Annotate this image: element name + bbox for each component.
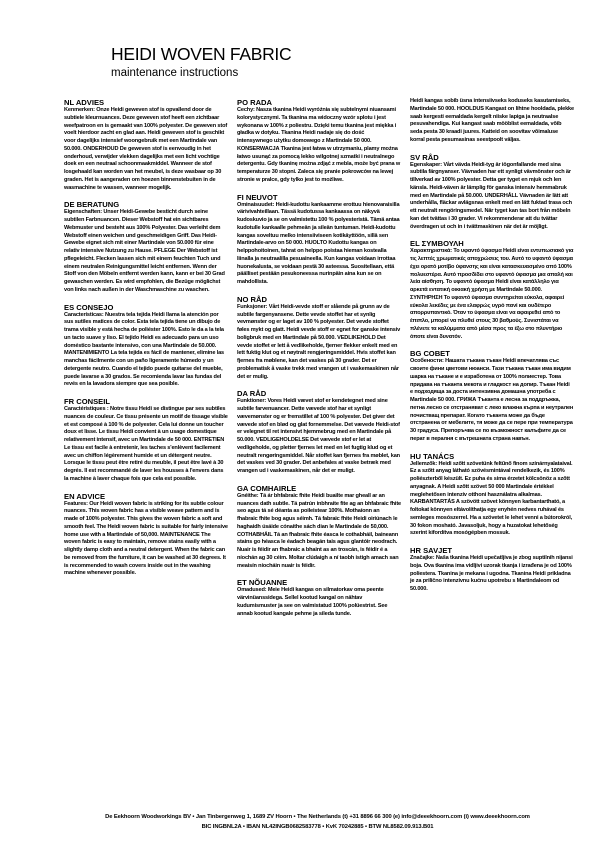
section-heading: FR CONSEIL: [64, 397, 228, 406]
section-body: Eigenschaften: Unser Heidi-Gewebe bestic…: [64, 209, 228, 294]
section-heading: SV RÅD: [410, 153, 574, 162]
section-heading: GA COMHAIRLE: [237, 484, 401, 493]
section-body: Funktioner: Vores Heidi vævet stof er ke…: [237, 398, 401, 476]
company-footer: De Eekhoorn Woodworkings BV • Jan Tinber…: [0, 812, 595, 832]
section-heading: PO RADA: [237, 98, 401, 107]
section-heading: HU TANÁCS: [410, 452, 574, 461]
section-body: Heidi kangas sobib üsna intensiivseks ko…: [410, 98, 574, 145]
section-body: Χαρακτηριστικά: Το υφαντό ύφασμα Heidi ε…: [410, 248, 574, 341]
section-fi: FI NEUVOT Ominaisuudet: Heidi-kudottu ka…: [237, 193, 401, 287]
section-heading: BG СОВЕТ: [410, 349, 574, 358]
section-body: Značajke: Naša tkanina Heidi upečatljiva…: [410, 555, 574, 594]
section-heading: NO RÅD: [237, 295, 401, 304]
section-de: DE BERATUNG Eigenschaften: Unser Heidi-G…: [64, 200, 228, 294]
column-2: PO RADA Cechy: Nasza tkanina Heidi wyróż…: [237, 98, 401, 626]
section-heading: DA RÅD: [237, 389, 401, 398]
section-et-continued: Heidi kangas sobib üsna intensiivseks ko…: [410, 98, 574, 145]
column-3: Heidi kangas sobib üsna intensiivseks ko…: [410, 98, 574, 626]
section-body: Особености: Нашата тъкана тъкан Heidi вп…: [410, 358, 574, 443]
section-body: Omadused: Meie Heidi kangas on silmatork…: [237, 587, 401, 618]
footer-bank-line: BIC INGBNL2A • IBAN NL42INGB0682583778 •…: [0, 822, 595, 832]
section-da: DA RÅD Funktioner: Vores Heidi vævet sto…: [237, 389, 401, 476]
section-body: Kenmerken: Onze Heidi geweven stof is op…: [64, 107, 228, 192]
document-title: HEIDI WOVEN FABRIC: [111, 44, 291, 64]
section-hu: HU TANÁCS Jellemzők: Heidi szőtt szövetü…: [410, 452, 574, 539]
section-heading: FI NEUVOT: [237, 193, 401, 202]
section-body: Caractéristiques : Notre tissu Heidi se …: [64, 406, 228, 484]
footer-contact-line: De Eekhoorn Woodworkings BV • Jan Tinber…: [0, 812, 595, 822]
section-en: EN ADVICE Features: Our Heidi woven fabr…: [64, 492, 228, 579]
section-heading: EL ΣΥΜΒΟΥΛΗ: [410, 239, 574, 248]
section-heading: DE BERATUNG: [64, 200, 228, 209]
section-fr: FR CONSEIL Caractéristiques : Notre tiss…: [64, 397, 228, 484]
content-columns: NL ADVIES Kenmerken: Onze Heidi geweven …: [64, 98, 574, 626]
section-body: Jellemzők: Heidi szőtt szövetünk feltűnő…: [410, 461, 574, 539]
section-heading: HR SAVJET: [410, 546, 574, 555]
section-bg: BG СОВЕТ Особености: Нашата тъкана тъкан…: [410, 349, 574, 443]
section-es: ES CONSEJO Características: Nuestra tela…: [64, 303, 228, 390]
section-et: ET NÕUANNE Omadused: Meie Heidi kangas o…: [237, 578, 401, 618]
section-hr: HR SAVJET Značajke: Naša tkanina Heidi u…: [410, 546, 574, 594]
section-heading: EN ADVICE: [64, 492, 228, 501]
section-body: Cechy: Nasza tkanina Heidi wyróżnia się …: [237, 107, 401, 185]
section-nl: NL ADVIES Kenmerken: Onze Heidi geweven …: [64, 98, 228, 192]
section-body: Ominaisuudet: Heidi-kudottu kankaamme er…: [237, 202, 401, 287]
column-1: NL ADVIES Kenmerken: Onze Heidi geweven …: [64, 98, 228, 626]
section-heading: NL ADVIES: [64, 98, 228, 107]
section-body: Funksjoner: Vårt Heidi-vevde stoff er sl…: [237, 304, 401, 382]
section-body: Gnéithe: Tá ár bhfabraic fhite Heidi bua…: [237, 493, 401, 571]
document-header: HEIDI WOVEN FABRIC maintenance instructi…: [111, 44, 291, 80]
section-body: Egenskaper: Vårt vävda Heidi-tyg är iögo…: [410, 162, 574, 232]
section-heading: ET NÕUANNE: [237, 578, 401, 587]
section-el: EL ΣΥΜΒΟΥΛΗ Χαρακτηριστικά: Το υφαντό ύφ…: [410, 239, 574, 341]
document-subtitle: maintenance instructions: [111, 66, 291, 80]
section-body: Características: Nuestra tela tejida Hei…: [64, 312, 228, 390]
section-no: NO RÅD Funksjoner: Vårt Heidi-vevde stof…: [237, 295, 401, 382]
section-ga: GA COMHAIRLE Gnéithe: Tá ár bhfabraic fh…: [237, 484, 401, 571]
section-heading: ES CONSEJO: [64, 303, 228, 312]
section-sv: SV RÅD Egenskaper: Vårt vävda Heidi-tyg …: [410, 153, 574, 232]
section-pl: PO RADA Cechy: Nasza tkanina Heidi wyróż…: [237, 98, 401, 185]
section-body: Features: Our Heidi woven fabric is stri…: [64, 501, 228, 579]
